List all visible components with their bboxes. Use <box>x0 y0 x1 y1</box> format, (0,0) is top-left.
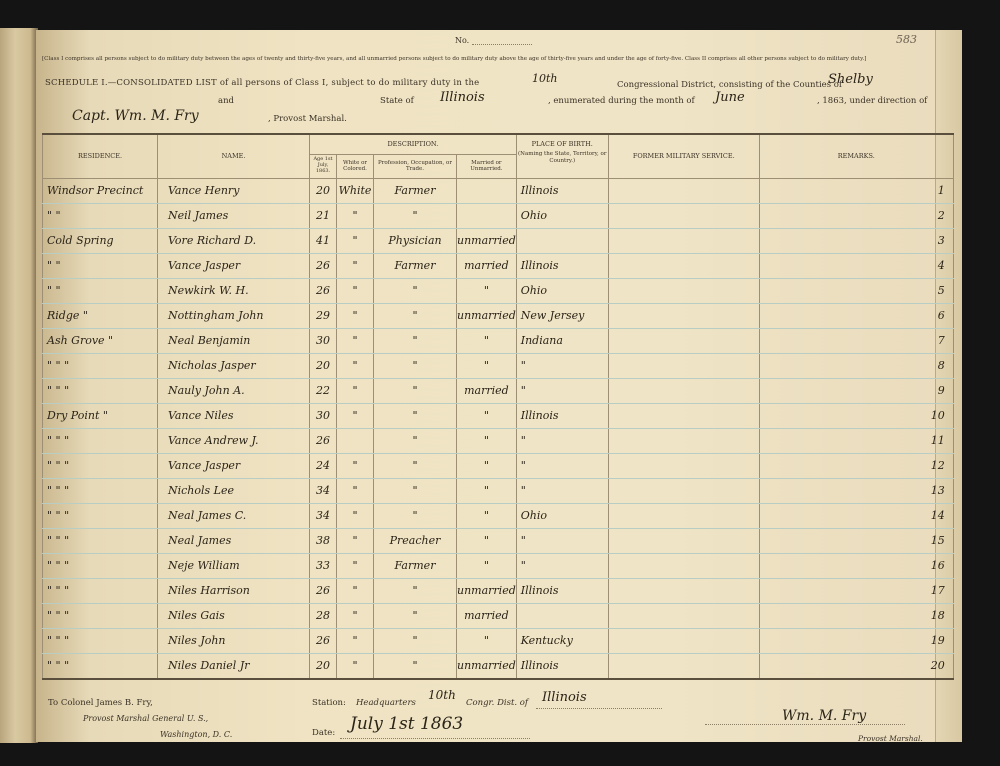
name-cell: Niles Harrison <box>158 578 310 603</box>
birthplace-cell: Indiana <box>516 328 608 353</box>
station-district: 10th <box>428 688 456 702</box>
marshal-name: Capt. Wm. M. Fry <box>72 108 199 124</box>
birthplace-cell: Illinois <box>516 578 608 603</box>
provost-label: , Provost Marshal. <box>268 114 347 124</box>
former-military-cell <box>608 228 759 253</box>
color-cell: " <box>337 328 374 353</box>
age-cell: 30 <box>310 328 337 353</box>
header-former-military: FORMER MILITARY SERVICE. <box>608 134 759 178</box>
residence-cell: " " " <box>43 603 158 628</box>
birthplace-cell: " <box>516 378 608 403</box>
residence-cell: Cold Spring <box>43 228 158 253</box>
birthplace-cell: " <box>516 553 608 578</box>
color-cell: " <box>337 478 374 503</box>
birthplace-cell: " <box>516 478 608 503</box>
row-number: 13 <box>759 478 953 503</box>
birthplace-cell: New Jersey <box>516 303 608 328</box>
color-cell: " <box>337 453 374 478</box>
age-cell: 34 <box>310 478 337 503</box>
row-number: 14 <box>759 503 953 528</box>
color-cell <box>337 428 374 453</box>
name-cell: Newkirk W. H. <box>158 278 310 303</box>
year-label: , 1863, under direction of <box>817 96 927 106</box>
color-cell: " <box>337 528 374 553</box>
former-military-cell <box>608 453 759 478</box>
profession-cell: " <box>374 278 457 303</box>
former-military-cell <box>608 328 759 353</box>
station-text: Headquarters <box>356 698 416 708</box>
married-cell <box>457 203 517 228</box>
name-cell: Nottingham John <box>158 303 310 328</box>
to-colonel: To Colonel James B. Fry, <box>48 698 153 708</box>
age-cell: 34 <box>310 503 337 528</box>
header-remarks: REMARKS. <box>759 134 953 178</box>
married-cell: " <box>457 628 517 653</box>
residence-cell: " " " <box>43 353 158 378</box>
married-cell: married <box>457 603 517 628</box>
class-note: [Class I comprises all persons subject t… <box>42 56 867 62</box>
table-row: Ash Grove "Neal Benjamin30"""Indiana7 <box>43 328 954 353</box>
row-number: 12 <box>759 453 953 478</box>
color-cell: " <box>337 303 374 328</box>
schedule-title: SCHEDULE I.—CONSOLIDATED LIST of all per… <box>45 78 479 88</box>
color-cell: " <box>337 603 374 628</box>
name-cell: Neal James C. <box>158 503 310 528</box>
color-cell: " <box>337 378 374 403</box>
age-cell: 21 <box>310 203 337 228</box>
color-cell: " <box>337 253 374 278</box>
birthplace-cell: Illinois <box>516 653 608 679</box>
age-cell: 28 <box>310 603 337 628</box>
age-cell: 33 <box>310 553 337 578</box>
color-cell: " <box>337 203 374 228</box>
former-military-cell <box>608 403 759 428</box>
row-number: 7 <box>759 328 953 353</box>
date-label: Date: <box>312 728 335 738</box>
table-row: " " "Vance Andrew J.26"""11 <box>43 428 954 453</box>
married-cell: " <box>457 478 517 503</box>
residence-cell: " " " <box>43 578 158 603</box>
birthplace-cell: Ohio <box>516 203 608 228</box>
age-cell: 26 <box>310 278 337 303</box>
former-military-cell <box>608 628 759 653</box>
color-cell: " <box>337 403 374 428</box>
state-label: State of <box>380 96 414 106</box>
birthplace-cell: " <box>516 428 608 453</box>
residence-cell: " " <box>43 278 158 303</box>
profession-cell: Farmer <box>374 178 457 203</box>
profession-cell: " <box>374 578 457 603</box>
name-cell: Nichols Lee <box>158 478 310 503</box>
date-rule <box>340 738 530 739</box>
color-cell: " <box>337 653 374 679</box>
age-cell: 26 <box>310 428 337 453</box>
table-row: " "Vance Jasper26"FarmermarriedIllinois4 <box>43 253 954 278</box>
profession-cell: " <box>374 303 457 328</box>
color-cell: " <box>337 553 374 578</box>
former-military-cell <box>608 578 759 603</box>
table-row: " " "Niles Daniel Jr20""unmarriedIllinoi… <box>43 653 954 679</box>
former-military-cell <box>608 478 759 503</box>
residence-cell: " " <box>43 203 158 228</box>
residence-cell: " " " <box>43 503 158 528</box>
date-value: July 1st 1863 <box>350 714 463 734</box>
name-cell: Vance Jasper <box>158 253 310 278</box>
age-cell: 24 <box>310 453 337 478</box>
married-cell: " <box>457 553 517 578</box>
married-cell: married <box>457 253 517 278</box>
month-value: June <box>715 90 745 105</box>
color-cell: " <box>337 278 374 303</box>
birthplace-cell <box>516 228 608 253</box>
row-number: 1 <box>759 178 953 203</box>
name-cell: Vance Henry <box>158 178 310 203</box>
table-row: " " "Nicholas Jasper20""""8 <box>43 353 954 378</box>
married-cell <box>457 178 517 203</box>
enumerated-label: , enumerated during the month of <box>548 96 695 106</box>
residence-cell: " " " <box>43 428 158 453</box>
residence-cell: " " " <box>43 653 158 679</box>
former-military-cell <box>608 428 759 453</box>
former-military-cell <box>608 253 759 278</box>
name-cell: Neal Benjamin <box>158 328 310 353</box>
station-rule <box>536 708 662 709</box>
color-cell: " <box>337 578 374 603</box>
row-number: 17 <box>759 578 953 603</box>
table-row: " " "Niles Harrison26""unmarriedIllinois… <box>43 578 954 603</box>
name-cell: Nicholas Jasper <box>158 353 310 378</box>
profession-cell: " <box>374 478 457 503</box>
header-place-of-birth: PLACE OF BIRTH. (Naming the State, Terri… <box>516 134 608 178</box>
row-number: 9 <box>759 378 953 403</box>
birthplace-cell: " <box>516 453 608 478</box>
and-label: and <box>218 96 234 106</box>
row-number: 19 <box>759 628 953 653</box>
to-place: Washington, D. C. <box>160 730 232 739</box>
age-cell: 22 <box>310 378 337 403</box>
profession-cell: " <box>374 603 457 628</box>
birthplace-cell: Ohio <box>516 278 608 303</box>
age-cell: 38 <box>310 528 337 553</box>
name-cell: Vance Jasper <box>158 453 310 478</box>
table-row: " " "Vance Jasper24""""12 <box>43 453 954 478</box>
header-age: Age 1st July, 1863. <box>310 154 337 178</box>
profession-cell: " <box>374 503 457 528</box>
color-cell: " <box>337 628 374 653</box>
age-cell: 20 <box>310 353 337 378</box>
table-row: Cold SpringVore Richard D.41"Physicianun… <box>43 228 954 253</box>
state-value: Illinois <box>440 90 485 105</box>
number-rule <box>472 44 532 45</box>
name-cell: Niles John <box>158 628 310 653</box>
header-place-of-birth-label: PLACE OF BIRTH. <box>517 141 608 148</box>
header-white-colored: White or Colored. <box>337 154 374 178</box>
birthplace-cell: Ohio <box>516 503 608 528</box>
birthplace-cell: Illinois <box>516 253 608 278</box>
row-number: 5 <box>759 278 953 303</box>
row-number: 6 <box>759 303 953 328</box>
residence-cell: Dry Point " <box>43 403 158 428</box>
age-cell: 29 <box>310 303 337 328</box>
former-military-cell <box>608 353 759 378</box>
table-row: " "Newkirk W. H.26"""Ohio5 <box>43 278 954 303</box>
birthplace-cell <box>516 603 608 628</box>
former-military-cell <box>608 603 759 628</box>
name-cell: Neje William <box>158 553 310 578</box>
header-description: DESCRIPTION. <box>310 134 517 154</box>
married-cell: " <box>457 403 517 428</box>
row-number: 4 <box>759 253 953 278</box>
enrollment-table: RESIDENCE. NAME. DESCRIPTION. PLACE OF B… <box>42 133 954 680</box>
profession-cell: Preacher <box>374 528 457 553</box>
header-name: NAME. <box>158 134 310 178</box>
profession-cell: " <box>374 453 457 478</box>
table-row: " " "Nauly John A.22""married"9 <box>43 378 954 403</box>
table-row: Ridge "Nottingham John29""unmarriedNew J… <box>43 303 954 328</box>
residence-cell: " " " <box>43 378 158 403</box>
residence-cell: Windsor Precinct <box>43 178 158 203</box>
profession-cell: " <box>374 653 457 679</box>
header-place-of-birth-note: (Naming the State, Territory, or Country… <box>517 151 608 164</box>
married-cell: " <box>457 503 517 528</box>
residence-cell: Ridge " <box>43 303 158 328</box>
station-suffix: Congr. Dist. of <box>466 698 528 708</box>
married-cell: unmarried <box>457 578 517 603</box>
table-row: Windsor PrecinctVance Henry20WhiteFarmer… <box>43 178 954 203</box>
married-cell: " <box>457 428 517 453</box>
married-cell: " <box>457 528 517 553</box>
age-cell: 26 <box>310 253 337 278</box>
profession-cell: " <box>374 403 457 428</box>
married-cell: married <box>457 378 517 403</box>
former-military-cell <box>608 278 759 303</box>
married-cell: " <box>457 453 517 478</box>
row-number: 15 <box>759 528 953 553</box>
row-number: 16 <box>759 553 953 578</box>
header-residence: RESIDENCE. <box>43 134 158 178</box>
former-military-cell <box>608 528 759 553</box>
district-label: Congressional District, consisting of th… <box>617 80 842 90</box>
row-number: 11 <box>759 428 953 453</box>
table-row: " " "Nichols Lee34""""13 <box>43 478 954 503</box>
residence-cell: " " <box>43 253 158 278</box>
age-cell: 26 <box>310 578 337 603</box>
residence-cell: " " " <box>43 553 158 578</box>
age-cell: 20 <box>310 653 337 679</box>
name-cell: Niles Gais <box>158 603 310 628</box>
birthplace-cell: " <box>516 353 608 378</box>
residence-cell: " " " <box>43 453 158 478</box>
profession-cell: " <box>374 428 457 453</box>
row-number: 2 <box>759 203 953 228</box>
name-cell: Niles Daniel Jr <box>158 653 310 679</box>
former-military-cell <box>608 503 759 528</box>
married-cell: " <box>457 353 517 378</box>
name-cell: Neal James <box>158 528 310 553</box>
color-cell: " <box>337 503 374 528</box>
row-number: 3 <box>759 228 953 253</box>
former-military-cell <box>608 203 759 228</box>
to-title: Provost Marshal General U. S., <box>83 714 208 723</box>
header-married: Married or Unmarried. <box>457 154 517 178</box>
signature-rule <box>705 724 905 725</box>
page-number: 583 <box>896 33 917 46</box>
name-cell: Vance Andrew J. <box>158 428 310 453</box>
profession-cell: Farmer <box>374 253 457 278</box>
married-cell: " <box>457 328 517 353</box>
table-row: " "Neil James21""Ohio2 <box>43 203 954 228</box>
profession-cell: " <box>374 203 457 228</box>
table-row: " " "Neje William33"Farmer""16 <box>43 553 954 578</box>
profession-cell: " <box>374 378 457 403</box>
header-profession: Profession, Occupation, or Trade. <box>374 154 457 178</box>
signature: Wm. M. Fry <box>782 708 866 724</box>
former-military-cell <box>608 303 759 328</box>
name-cell: Nauly John A. <box>158 378 310 403</box>
district-value: 10th <box>532 72 558 85</box>
former-military-cell <box>608 553 759 578</box>
birthplace-cell: Illinois <box>516 403 608 428</box>
profession-cell: " <box>374 628 457 653</box>
number-label: No. <box>455 36 469 45</box>
birthplace-cell: " <box>516 528 608 553</box>
age-cell: 20 <box>310 178 337 203</box>
row-number: 10 <box>759 403 953 428</box>
former-military-cell <box>608 653 759 679</box>
profession-cell: Physician <box>374 228 457 253</box>
name-cell: Vance Niles <box>158 403 310 428</box>
table-row: " " "Niles Gais28""married18 <box>43 603 954 628</box>
station-state: Illinois <box>542 690 587 705</box>
former-military-cell <box>608 378 759 403</box>
color-cell: White <box>337 178 374 203</box>
name-cell: Vore Richard D. <box>158 228 310 253</box>
married-cell: unmarried <box>457 303 517 328</box>
profession-cell: " <box>374 353 457 378</box>
residence-cell: " " " <box>43 478 158 503</box>
table-row: Dry Point "Vance Niles30"""Illinois10 <box>43 403 954 428</box>
age-cell: 41 <box>310 228 337 253</box>
birthplace-cell: Illinois <box>516 178 608 203</box>
former-military-cell <box>608 178 759 203</box>
table-row: " " "Neal James38"Preacher""15 <box>43 528 954 553</box>
station-label: Station: <box>312 698 346 708</box>
color-cell: " <box>337 228 374 253</box>
row-number: 8 <box>759 353 953 378</box>
married-cell: unmarried <box>457 653 517 679</box>
married-cell: " <box>457 278 517 303</box>
signature-title: Provost Marshal. <box>858 734 923 743</box>
book-binding <box>0 28 38 743</box>
table-row: " " "Neal James C.34"""Ohio14 <box>43 503 954 528</box>
residence-cell: " " " <box>43 628 158 653</box>
profession-cell: " <box>374 328 457 353</box>
color-cell: " <box>337 353 374 378</box>
row-number: 20 <box>759 653 953 679</box>
residence-cell: " " " <box>43 528 158 553</box>
name-cell: Neil James <box>158 203 310 228</box>
birthplace-cell: Kentucky <box>516 628 608 653</box>
counties-value: Shelby <box>828 72 873 87</box>
table-row: " " "Niles John26"""Kentucky19 <box>43 628 954 653</box>
age-cell: 30 <box>310 403 337 428</box>
row-number: 18 <box>759 603 953 628</box>
married-cell: unmarried <box>457 228 517 253</box>
residence-cell: Ash Grove " <box>43 328 158 353</box>
age-cell: 26 <box>310 628 337 653</box>
profession-cell: Farmer <box>374 553 457 578</box>
